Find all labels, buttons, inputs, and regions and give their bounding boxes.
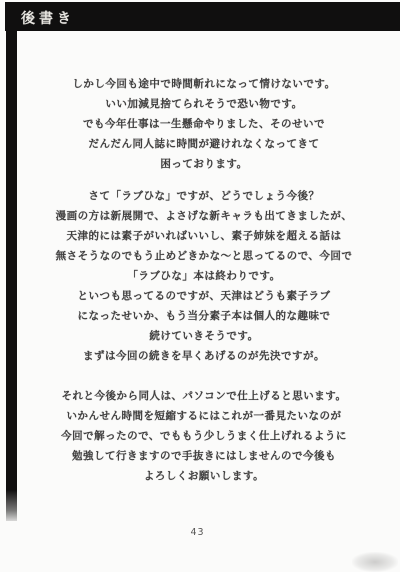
- text-line: 続けていきそうです。: [24, 326, 384, 346]
- text-line: いい加減見捨てられそうで恐い物です。: [24, 94, 384, 114]
- text-line: まずは今回の続きを早くあげるのが先決ですが。: [24, 346, 384, 366]
- text-line: だんだん同人誌に時間が避けれなくなってきて: [24, 134, 384, 154]
- text-line: いかんせん時間を短縮するにはこれが一番見たいなのが: [24, 406, 384, 426]
- text-line: それと今後から同人は、パソコンで仕上げると思います。: [24, 386, 384, 406]
- text-line: 困っております。: [24, 154, 384, 174]
- paragraph: しかし今回も途中で時間斬れになって情けないです。いい加減見捨てられそうで恐い物で…: [24, 74, 384, 174]
- page-title: 後書き: [21, 8, 75, 28]
- text-line: よろしくお願いします。: [24, 466, 384, 486]
- header-bar: 後書き: [5, 2, 400, 31]
- paragraph: それと今後から同人は、パソコンで仕上げると思います。いかんせん時間を短縮するには…: [24, 386, 384, 486]
- paragraph: さて「ラブひな」ですが、どうでしょう今後？漫画の方は新展開で、よさげな新キャラも…: [24, 186, 384, 366]
- text-line: 漫画の方は新展開で、よさげな新キャラも出てきましたが、: [24, 206, 384, 226]
- text-line: 「ラブひな」本は終わりです。: [24, 266, 384, 286]
- afterword-text: しかし今回も途中で時間斬れになって情けないです。いい加減見捨てられそうで恐い物で…: [24, 74, 384, 486]
- left-border-bar: [6, 2, 17, 521]
- text-line: 無さそうなのでもう止めどきかな～と思ってるので、今回で: [24, 246, 384, 266]
- text-line: 今回で解ったので、でももう少しうまく仕上げれるように: [24, 426, 384, 446]
- scan-smudge: [352, 552, 398, 572]
- scanned-page: 後書き しかし今回も途中で時間斬れになって情けないです。いい加減見捨てられそうで…: [0, 0, 400, 572]
- text-line: になったせいか、もう当分素子本は個人的な趣味で: [24, 306, 384, 326]
- page-number: 43: [0, 527, 395, 538]
- text-line: でも今年仕事は一生懸命やりました、そのせいで: [24, 114, 384, 134]
- text-line: さて「ラブひな」ですが、どうでしょう今後？: [24, 186, 384, 206]
- text-line: しかし今回も途中で時間斬れになって情けないです。: [24, 74, 384, 94]
- text-line: 天津的には素子がいればいいし、素子姉妹を超える話は: [24, 226, 384, 246]
- text-line: 勉強して行きますので手抜きにはしませんので今後も: [24, 446, 384, 466]
- text-line: といつも思ってるのですが、天津はどうも素子ラブ: [24, 286, 384, 306]
